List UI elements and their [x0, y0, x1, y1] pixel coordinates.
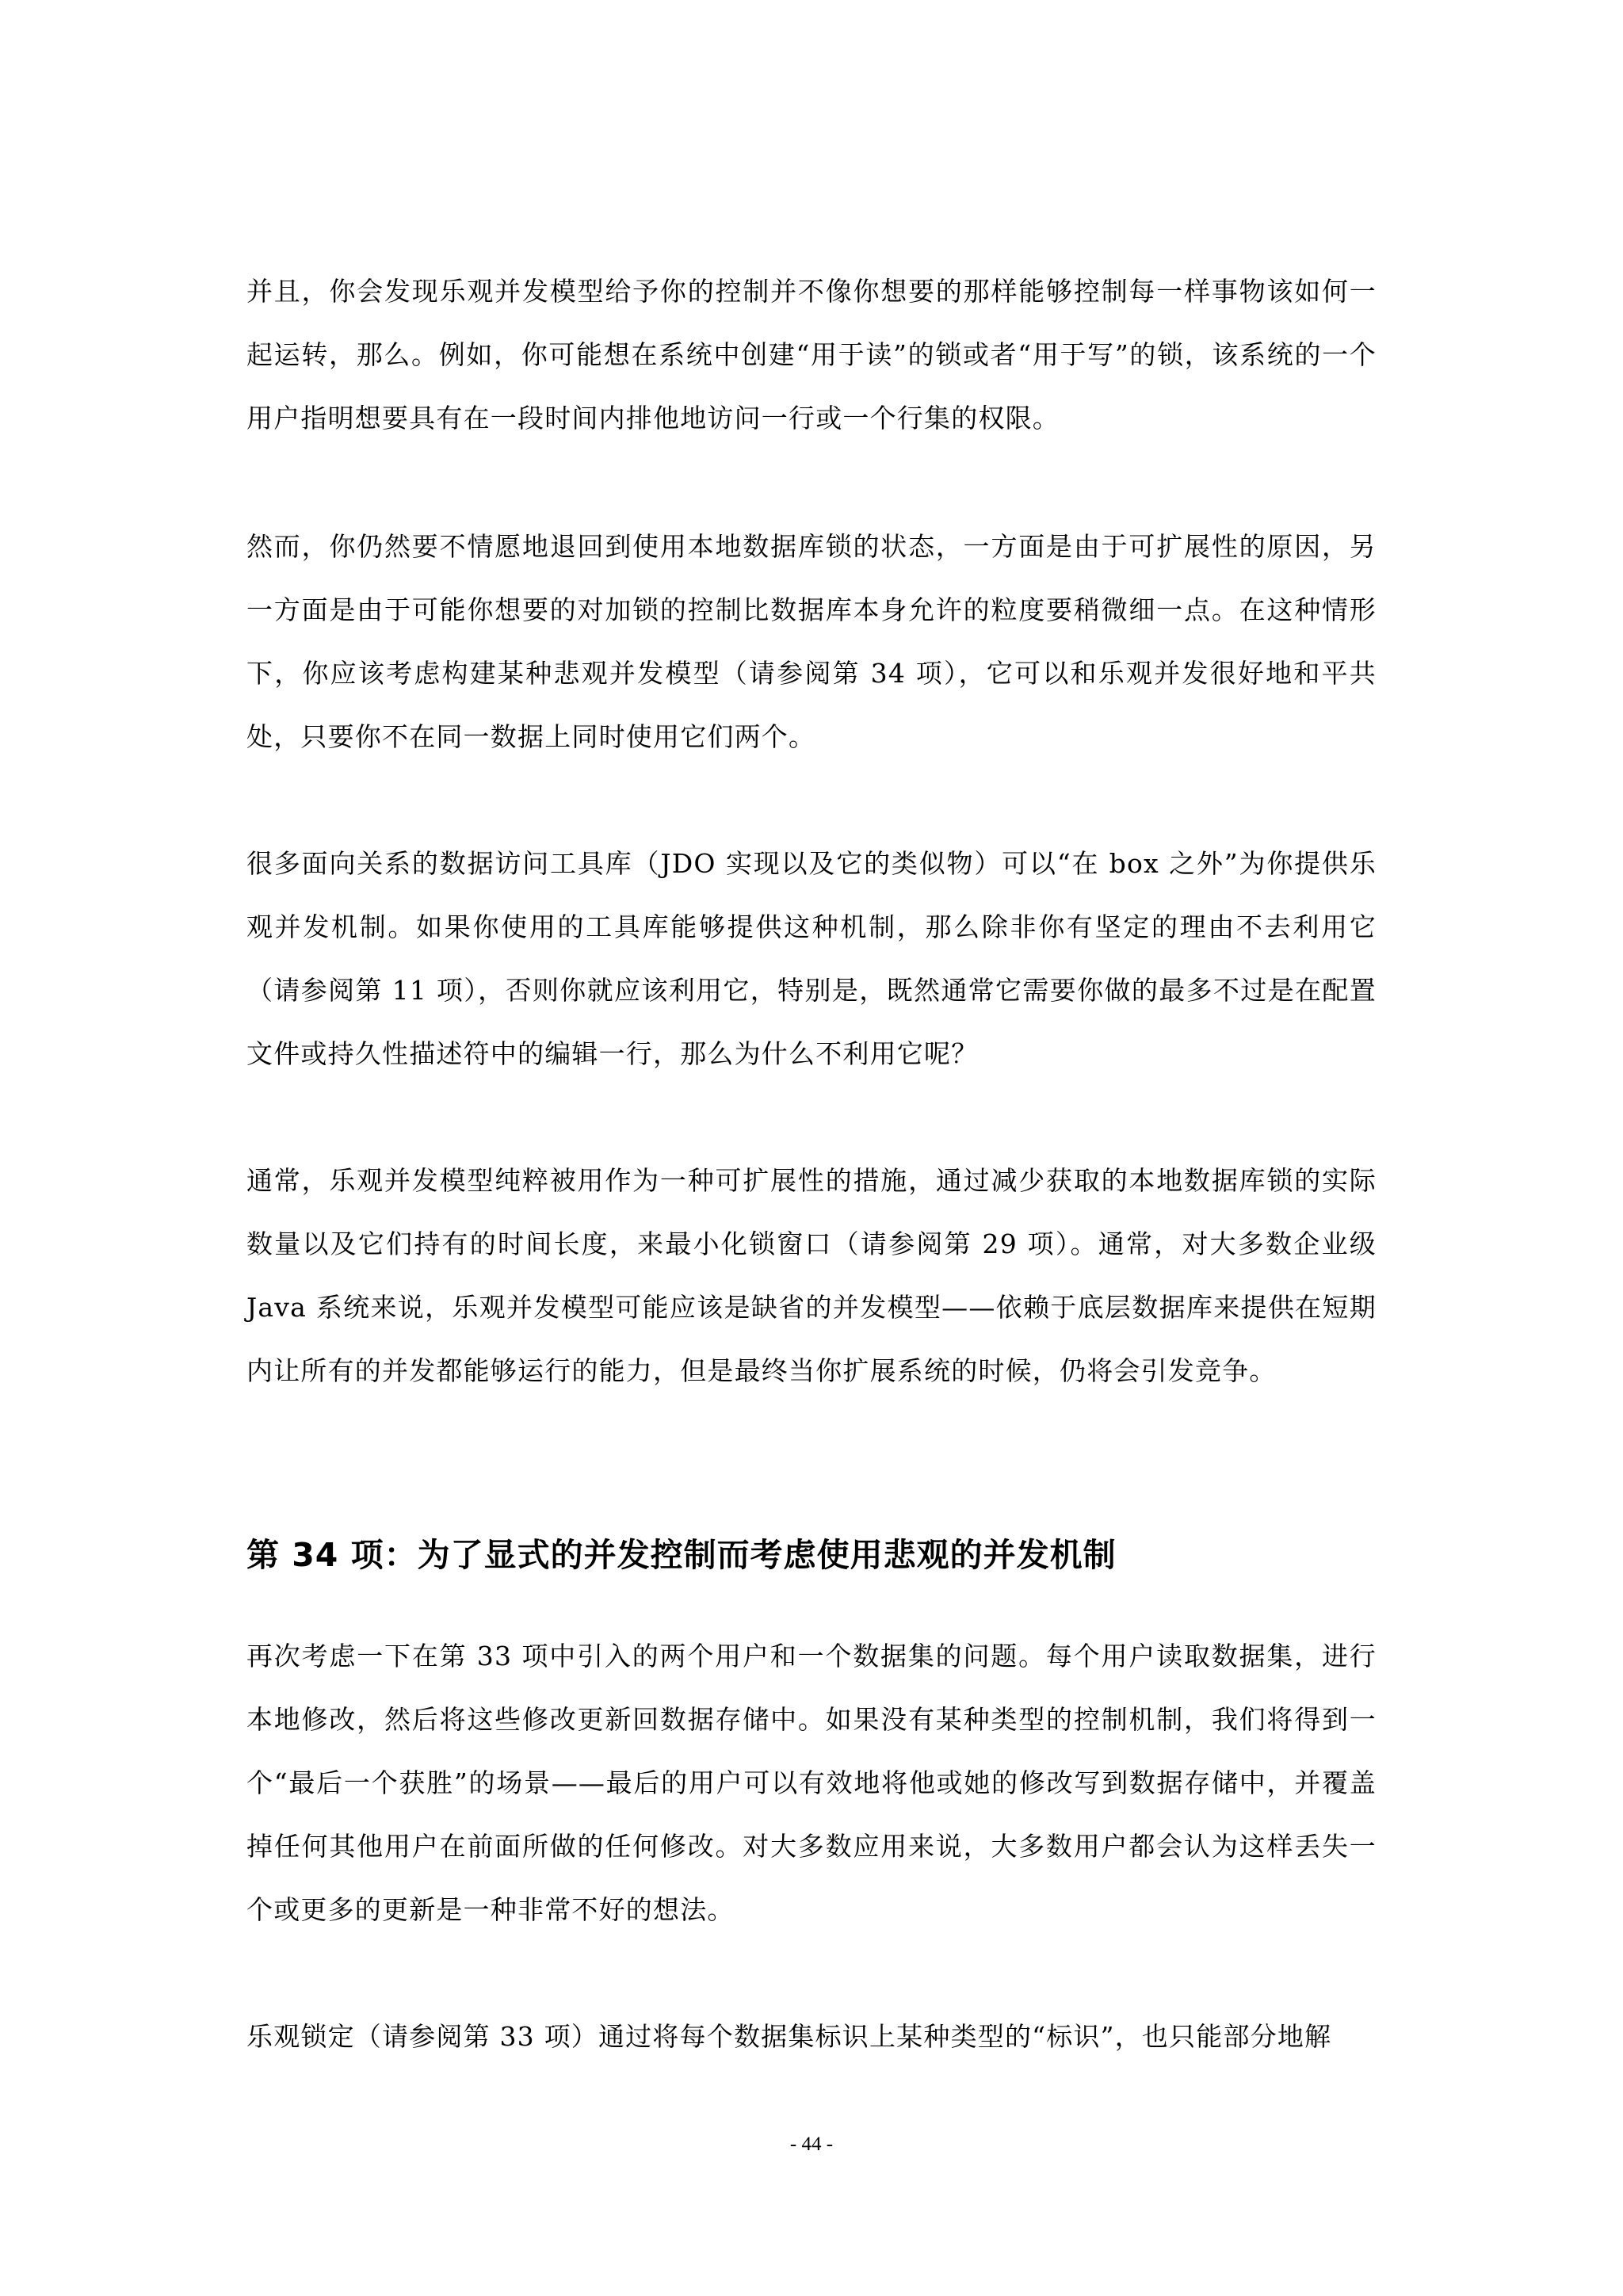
paragraph-optimistic-locking-partial: 乐观锁定（请参阅第 33 项）通过将每个数据集标识上某种类型的“标识”，也只能部… — [246, 2005, 1377, 2069]
paragraph-scalability-measure: 通常，乐观并发模型纯粹被用作为一种可扩展性的措施，通过减少获取的本地数据库锁的实… — [246, 1149, 1377, 1403]
paragraph-data-access-libraries: 很多面向关系的数据访问工具库（JDO 实现以及它的类似物）可以“在 box 之外… — [246, 832, 1377, 1086]
page-number: - 44 - — [0, 2134, 1623, 2156]
paragraph-two-users-one-dataset: 再次考虑一下在第 33 项中引入的两个用户和一个数据集的问题。每个用户读取数据集… — [246, 1625, 1377, 1942]
document-page: 并且，你会发现乐观并发模型给予你的控制并不像你想要的那样能够控制每一样事物该如何… — [0, 0, 1623, 2296]
paragraph-fallback-database-locks: 然而，你仍然要不情愿地退回到使用本地数据库锁的状态，一方面是由于可扩展性的原因，… — [246, 515, 1377, 769]
paragraph-optimistic-control-limits: 并且，你会发现乐观并发模型给予你的控制并不像你想要的那样能够控制每一样事物该如何… — [246, 260, 1377, 450]
section-heading-item-34: 第 34 项：为了显式的并发控制而考虑使用悲观的并发机制 — [246, 1530, 1377, 1580]
